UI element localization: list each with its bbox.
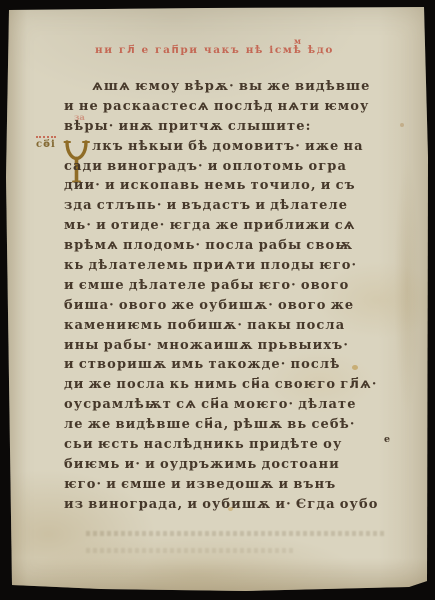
text-line: сьи ѥсть наслѣдникь придѣте оу: [64, 435, 406, 455]
text-line: ѥго· и ємше и изведошѫ и вънъ: [64, 475, 406, 495]
text-line: ле же видѣвше сн҃а, рѣшѫ вь себѣ·: [64, 415, 406, 435]
text-line: из винограда, и оубишѫ и· Єгда оубо: [64, 495, 406, 515]
text-line: камениѥмь побишѫ· пакы посла: [64, 316, 406, 336]
margin-section-number: сѳ҃і: [36, 136, 56, 150]
text-line: дии· и ископавь немь точило, и съ: [64, 176, 406, 196]
stain: [228, 507, 233, 511]
rubric-superscript: м: [294, 36, 301, 46]
text-line: биѥмь и· и оудръжимь достоани: [64, 455, 406, 475]
text-line: оусрамлѣѭт сѧ сн҃а моѥго· дѣлате: [64, 395, 406, 415]
text-line: врѣмѧ плодомь· посла рабы своѭ: [64, 236, 406, 256]
text-line: мь· и отиде· ѥгда же приближи сѧ: [64, 216, 406, 236]
text-line: ѧшѧ ѥмоу вѣрѫ· вы же видѣвше: [64, 77, 406, 97]
text-line: и ємше дѣлателе рабы ѥго· ового: [64, 276, 406, 296]
stain: [352, 365, 358, 370]
text-line: биша· ового же оубишѫ· ового же: [64, 296, 406, 316]
line-end-superscript: е: [384, 434, 390, 445]
text-line: вѣры· инѫ притчѫ слышите:: [64, 117, 406, 137]
text-line: зда стлъпь· и въдастъ и дѣлателе: [64, 196, 406, 216]
text-line: ины рабы· множаишѫ прьвыихъ·: [64, 336, 406, 356]
text-line: и не раскаастесѧ послѣд нѧти ѥмоу: [64, 97, 406, 117]
showthrough-marks: [86, 548, 296, 553]
text-line: кь дѣлателемь приѧти плоды ѥго·: [64, 256, 406, 276]
parchment-page: ни гл҃ е гап҃ри чакъ нѣ ісмѣ ѣдо м за сѳ…: [6, 7, 429, 593]
text-block: ѧшѧ ѥмоу вѣрѫ· вы же видѣвшеи не раскаас…: [64, 77, 406, 515]
stain: [400, 123, 404, 127]
rubric-header: ни гл҃ е гап҃ри чакъ нѣ ісмѣ ѣдо м: [95, 44, 335, 56]
manuscript-photo: ни гл҃ е гап҃ри чакъ нѣ ісмѣ ѣдо м за сѳ…: [0, 0, 435, 600]
stain: [394, 157, 420, 417]
showthrough-marks: [86, 531, 386, 536]
text-line: сади виноградъ· и оплотомь огра: [64, 157, 406, 177]
text-line: ди же посла кь нимь сн҃а своѥго гл҃ѧ·: [64, 375, 406, 395]
text-line: лкъ нѣкыи бѣ домовитъ· иже на: [64, 137, 406, 157]
